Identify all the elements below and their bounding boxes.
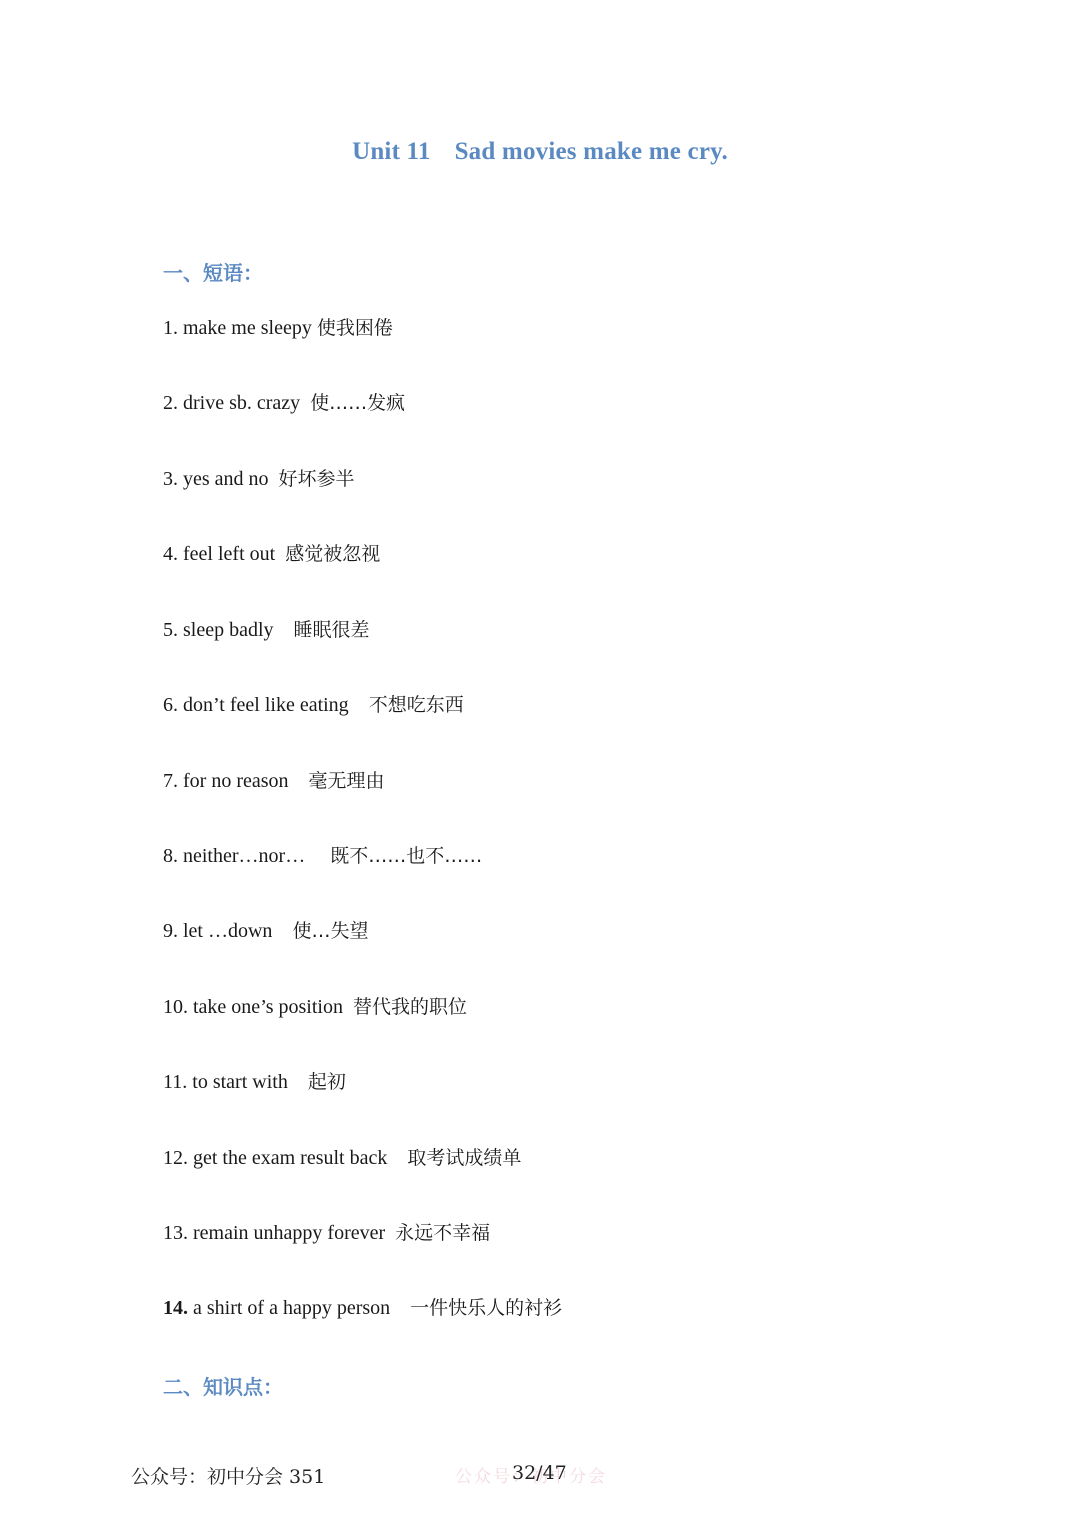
phrase-item: 9. let …down 使…失望 <box>163 918 368 944</box>
phrase-item: 7. for no reason 毫无理由 <box>163 768 385 794</box>
title-text: Sad movies make me cry. <box>455 138 728 165</box>
phrase-item: 3. yes and no 好坏参半 <box>163 466 355 492</box>
section-heading-knowledge-points: 二、知识点： <box>163 1371 283 1400</box>
phrase-english: for no reason <box>183 770 289 792</box>
phrase-item: 6. don’t feel like eating 不想吃东西 <box>163 692 464 718</box>
title-unit: Unit 11 <box>352 138 431 165</box>
phrase-english: remain unhappy forever <box>193 1222 385 1244</box>
phrase-chinese: 好坏参半 <box>279 468 355 490</box>
phrase-english: take one’s position <box>193 996 343 1018</box>
phrase-english: let …down <box>183 920 272 942</box>
phrase-chinese: 感觉被忽视 <box>285 543 380 565</box>
phrase-number: 6. <box>163 694 178 716</box>
phrase-chinese: 起初 <box>308 1071 346 1093</box>
phrase-item: 5. sleep badly 睡眠很差 <box>163 617 370 643</box>
phrase-english: a shirt of a happy person <box>193 1297 390 1319</box>
section-heading-phrases: 一、短语： <box>163 257 263 286</box>
phrase-number: 1. <box>163 317 178 339</box>
phrase-number: 3. <box>163 468 178 490</box>
phrase-item: 4. feel left out 感觉被忽视 <box>163 541 380 567</box>
phrase-chinese: 毫无理由 <box>309 770 385 792</box>
phrase-english: drive sb. crazy <box>183 392 300 414</box>
phrase-english: don’t feel like eating <box>183 694 349 716</box>
phrase-item: 2. drive sb. crazy 使……发疯 <box>163 390 405 416</box>
phrase-item: 14. a shirt of a happy person 一件快乐人的衬衫 <box>163 1295 562 1321</box>
phrase-english: make me sleepy <box>183 317 312 339</box>
phrase-number: 2. <box>163 392 178 414</box>
phrase-english: neither…nor… <box>183 845 305 867</box>
phrase-chinese: 使我困倦 <box>317 317 393 339</box>
phrase-item: 12. get the exam result back 取考试成绩单 <box>163 1145 521 1171</box>
phrase-number: 13. <box>163 1222 188 1244</box>
phrase-chinese: 睡眠很差 <box>294 619 370 641</box>
page-number: 32/47 <box>512 1462 567 1484</box>
phrase-number: 10. <box>163 996 188 1018</box>
phrase-english: sleep badly <box>183 619 274 641</box>
phrase-chinese: 永远不幸福 <box>395 1222 490 1244</box>
phrase-number: 5. <box>163 619 178 641</box>
phrase-item: 1. make me sleepy 使我困倦 <box>163 315 393 341</box>
phrase-number: 9. <box>163 920 178 942</box>
phrase-chinese: 使…失望 <box>292 920 368 942</box>
phrase-item: 13. remain unhappy forever 永远不幸福 <box>163 1220 490 1246</box>
phrase-chinese: 既不……也不…… <box>330 845 482 867</box>
phrase-english: to start with <box>192 1071 288 1093</box>
phrase-item: 10. take one’s position 替代我的职位 <box>163 994 467 1020</box>
phrase-chinese: 取考试成绩单 <box>407 1147 521 1169</box>
phrase-chinese: 一件快乐人的衬衫 <box>410 1297 562 1319</box>
phrase-number: 12. <box>163 1147 188 1169</box>
phrase-number: 7. <box>163 770 178 792</box>
phrase-english: get the exam result back <box>193 1147 387 1169</box>
phrase-chinese: 不想吃东西 <box>369 694 464 716</box>
phrase-item: 11. to start with 起初 <box>163 1069 346 1095</box>
phrase-chinese: 替代我的职位 <box>353 996 467 1018</box>
page-title: Unit 11Sad movies make me cry. <box>0 138 1080 166</box>
phrase-number: 14. <box>163 1297 188 1319</box>
phrase-number: 8. <box>163 845 178 867</box>
phrase-english: feel left out <box>183 543 275 565</box>
phrase-number: 4. <box>163 543 178 565</box>
phrase-item: 8. neither…nor… 既不……也不…… <box>163 843 482 869</box>
page-number-area: 公众号：初中分会 32/47 <box>455 1462 625 1490</box>
phrase-number: 11. <box>163 1071 187 1093</box>
footer-source: 公众号：初中分会 351 <box>131 1462 325 1489</box>
phrase-english: yes and no <box>183 468 269 490</box>
phrase-chinese: 使……发疯 <box>310 392 405 414</box>
